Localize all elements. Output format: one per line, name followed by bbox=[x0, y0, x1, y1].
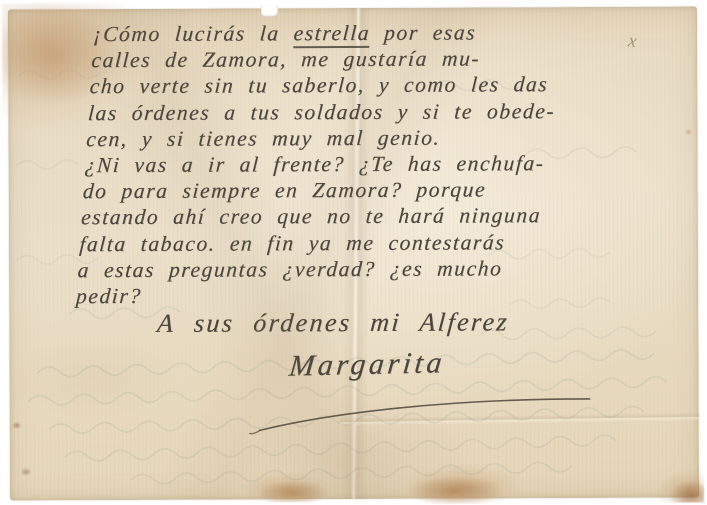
line1-pre: ¡Cómo lucirás la bbox=[92, 21, 294, 46]
signature: Margarita bbox=[288, 346, 447, 383]
letter-line-2: calles de Zamora, me gustaría mu- bbox=[91, 45, 693, 74]
letter-line-4: las órdenes a tus soldados y si te obede… bbox=[87, 97, 689, 126]
line1-post: por esas bbox=[369, 20, 477, 44]
letter-line-3: cho verte sin tu saberlo, y como les das bbox=[89, 71, 691, 100]
horizontal-fold-crease bbox=[340, 413, 700, 426]
letter-line-10: a estas preguntas ¿verdad? ¿es mucho bbox=[77, 254, 679, 283]
torn-edge-notch bbox=[261, 5, 278, 17]
letter-line-7: do para siempre en Zamora? porque bbox=[82, 176, 684, 205]
foxing-stain-bottom-center-right bbox=[380, 453, 530, 504]
letter-line-11: pedir? bbox=[75, 281, 677, 310]
closing-salutation: A sus órdenes mi Alferez bbox=[156, 307, 510, 339]
letter-line-6: ¿Ni vas a ir al frente? ¿Te has enchufa- bbox=[84, 150, 686, 179]
foxing-stain-bottom-right-corner bbox=[642, 454, 704, 502]
letter-text-block: ¡Cómo lucirás la estrella por esas calle… bbox=[75, 19, 694, 310]
letter-line-9: falta tabaco. en fin ya me contestarás bbox=[79, 228, 681, 257]
letter-line-8: estando ahí creo que no te hará ninguna bbox=[80, 202, 682, 231]
foxing-stain-bottom-center-left bbox=[238, 460, 348, 502]
letter-line-5: cen, y si tienes muy mal genio. bbox=[85, 123, 687, 152]
letter-paper: ¡Cómo lucirás la estrella por esas calle… bbox=[8, 6, 699, 500]
letter-line-1: ¡Cómo lucirás la estrella por esas bbox=[92, 19, 694, 48]
scanned-letter: ¡Cómo lucirás la estrella por esas calle… bbox=[0, 0, 707, 505]
ink-spot-left-edge-lower bbox=[20, 467, 32, 476]
underlined-word: estrella bbox=[293, 21, 371, 48]
ink-spot-left-edge bbox=[12, 421, 22, 429]
